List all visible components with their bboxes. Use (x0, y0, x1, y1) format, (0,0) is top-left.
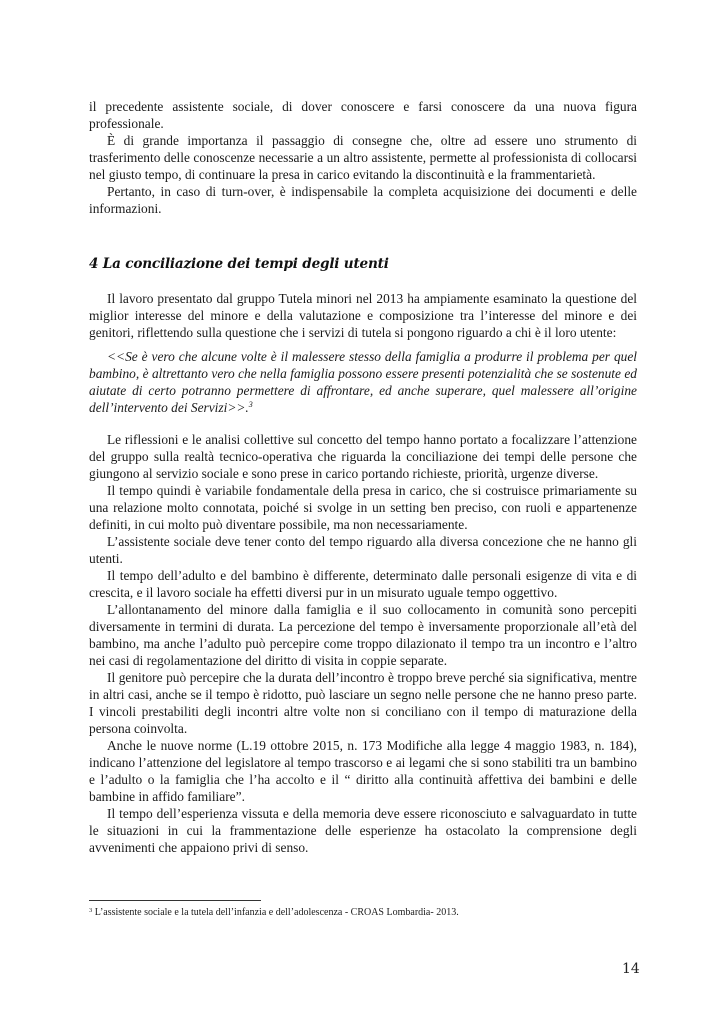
paragraph: L’allontanamento del minore dalla famigl… (89, 601, 637, 669)
document-page: il precedente assistente sociale, di dov… (0, 0, 724, 1023)
intro-text-block: il precedente assistente sociale, di dov… (89, 98, 637, 217)
section-intro-block: Il lavoro presentato dal gruppo Tutela m… (89, 290, 637, 341)
paragraph: L’assistente sociale deve tener conto de… (89, 533, 637, 567)
paragraph: È di grande importanza il passaggio di c… (89, 132, 637, 183)
footnote: 3 L’assistente sociale e la tutela dell’… (89, 907, 459, 919)
paragraph: Il tempo dell’adulto e del bambino è dif… (89, 567, 637, 601)
page-number: 14 (622, 961, 640, 977)
paragraph: Pertanto, in caso di turn-over, è indisp… (89, 183, 637, 217)
paragraph: Il tempo dell’esperienza vissuta e della… (89, 805, 637, 856)
block-quote: <<Se è vero che alcune volte è il maless… (89, 348, 637, 416)
paragraph: Il tempo quindi è variabile fondamentale… (89, 482, 637, 533)
main-text-block: Le riflessioni e le analisi collettive s… (89, 431, 637, 856)
quote-text: <<Se è vero che alcune volte è il maless… (89, 349, 637, 415)
paragraph: Anche le nuove norme (L.19 ottobre 2015,… (89, 737, 637, 805)
paragraph: Il lavoro presentato dal gruppo Tutela m… (89, 290, 637, 341)
paragraph: Le riflessioni e le analisi collettive s… (89, 431, 637, 482)
footnote-divider (89, 900, 261, 901)
footnote-reference[interactable]: 3 (249, 400, 253, 409)
paragraph: il precedente assistente sociale, di dov… (89, 98, 637, 132)
footnote-text: L’assistente sociale e la tutela dell’in… (95, 907, 459, 918)
paragraph: Il genitore può percepire che la durata … (89, 669, 637, 737)
section-heading: 4 La conciliazione dei tempi degli utent… (89, 256, 389, 272)
footnote-number: 3 (89, 907, 92, 914)
